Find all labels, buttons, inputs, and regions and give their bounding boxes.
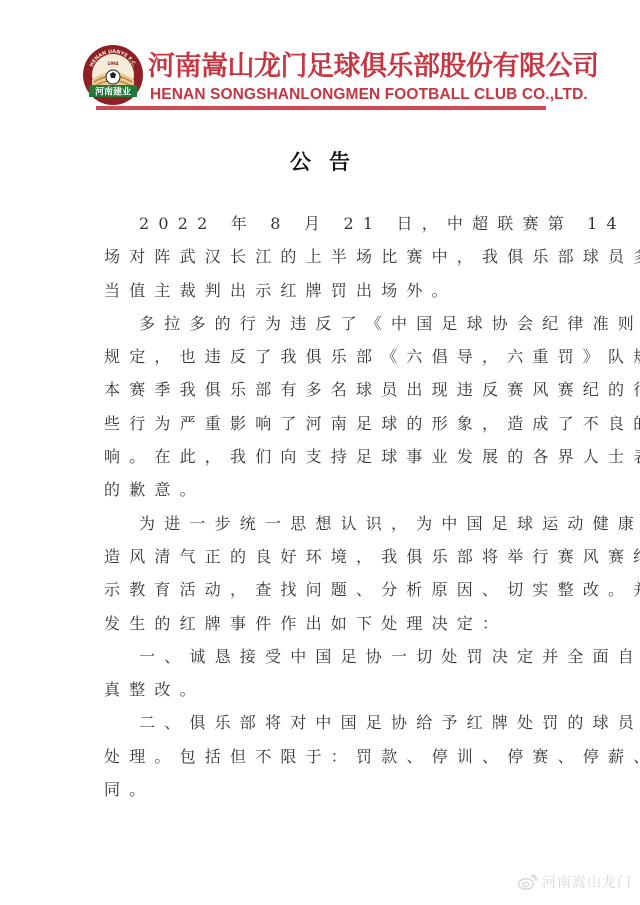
paragraph-4-line-2: 真整改。 [104,673,544,706]
weibo-watermark: 河南嵩山龙门 [518,872,632,892]
logo-banner-text: 河南建业 [95,86,131,98]
announcement-body: 2022 年 8 月 21 日，中超联赛第 14 轮河南嵩山龙门客 场对阵武汉长… [104,207,544,806]
watermark-text: 河南嵩山龙门 [542,872,632,892]
paragraph-2-line-1: 多拉多的行为违反了《中国足球协会纪律准则》相关 [104,307,544,340]
paragraph-5-line-1: 二、俱乐部将对中国足协给予红牌处罚的球员作追罚 [104,706,544,739]
club-logo: 河南建业 1994 HENAN JIANYE F.C. [82,44,144,106]
paragraph-2-line-5: 响。在此，我们向支持足球事业发展的各界人士表示诚挚 [104,440,544,473]
document-title: 公告 [0,146,640,176]
paragraph-3-line-1: 为进一步统一思想认识，为中国足球运动健康发展营 [104,507,544,540]
paragraph-1-line-3: 当值主裁判出示红牌罚出场外。 [104,274,544,307]
paragraph-2-line-4: 些行为严重影响了河南足球的形象，造成了不良的社会影 [104,407,544,440]
paragraph-4-line-1: 一、诚恳接受中国足协一切处罚决定并全面自查、认 [104,640,544,673]
paragraph-2-line-2: 规定，也违反了我俱乐部《六倡导，六重罚》队规队纪。 [104,340,544,373]
paragraph-2-line-3: 本赛季我俱乐部有多名球员出现违反赛风赛纪的行为，这 [104,373,544,406]
paragraph-5-line-2: 处理。包括但不限于：罚款、停训、停赛、停薪、解除合 [104,740,544,773]
paragraph-2-line-6: 的歉意。 [104,473,544,506]
club-name-english: HENAN SONGSHANLONGMEN FOOTBALL CLUB CO.,… [150,86,588,104]
letterhead-divider [96,106,546,110]
paragraph-3-line-2: 造风清气正的良好环境，我俱乐部将举行赛风赛纪专题警 [104,540,544,573]
weibo-icon [518,874,538,890]
club-name-chinese: 河南嵩山龙门足球俱乐部股份有限公司 [148,52,599,82]
logo-year: 1994 [107,61,118,66]
paragraph-1-line-2: 场对阵武汉长江的上半场比赛中，我俱乐部球员多拉多被 [104,240,544,273]
paragraph-5-line-3: 同。 [104,773,544,806]
paragraph-3-line-4: 发生的红牌事件作出如下处理决定： [104,607,544,640]
paragraph-3-line-3: 示教育活动，查找问题、分析原因、切实整改。并就接连 [104,573,544,606]
paragraph-1-line-1: 2022 年 8 月 21 日，中超联赛第 14 轮河南嵩山龙门客 [104,207,544,240]
letterhead: 河南建业 1994 HENAN JIANYE F.C. 河南嵩山龙门足球俱乐部股… [82,44,550,114]
